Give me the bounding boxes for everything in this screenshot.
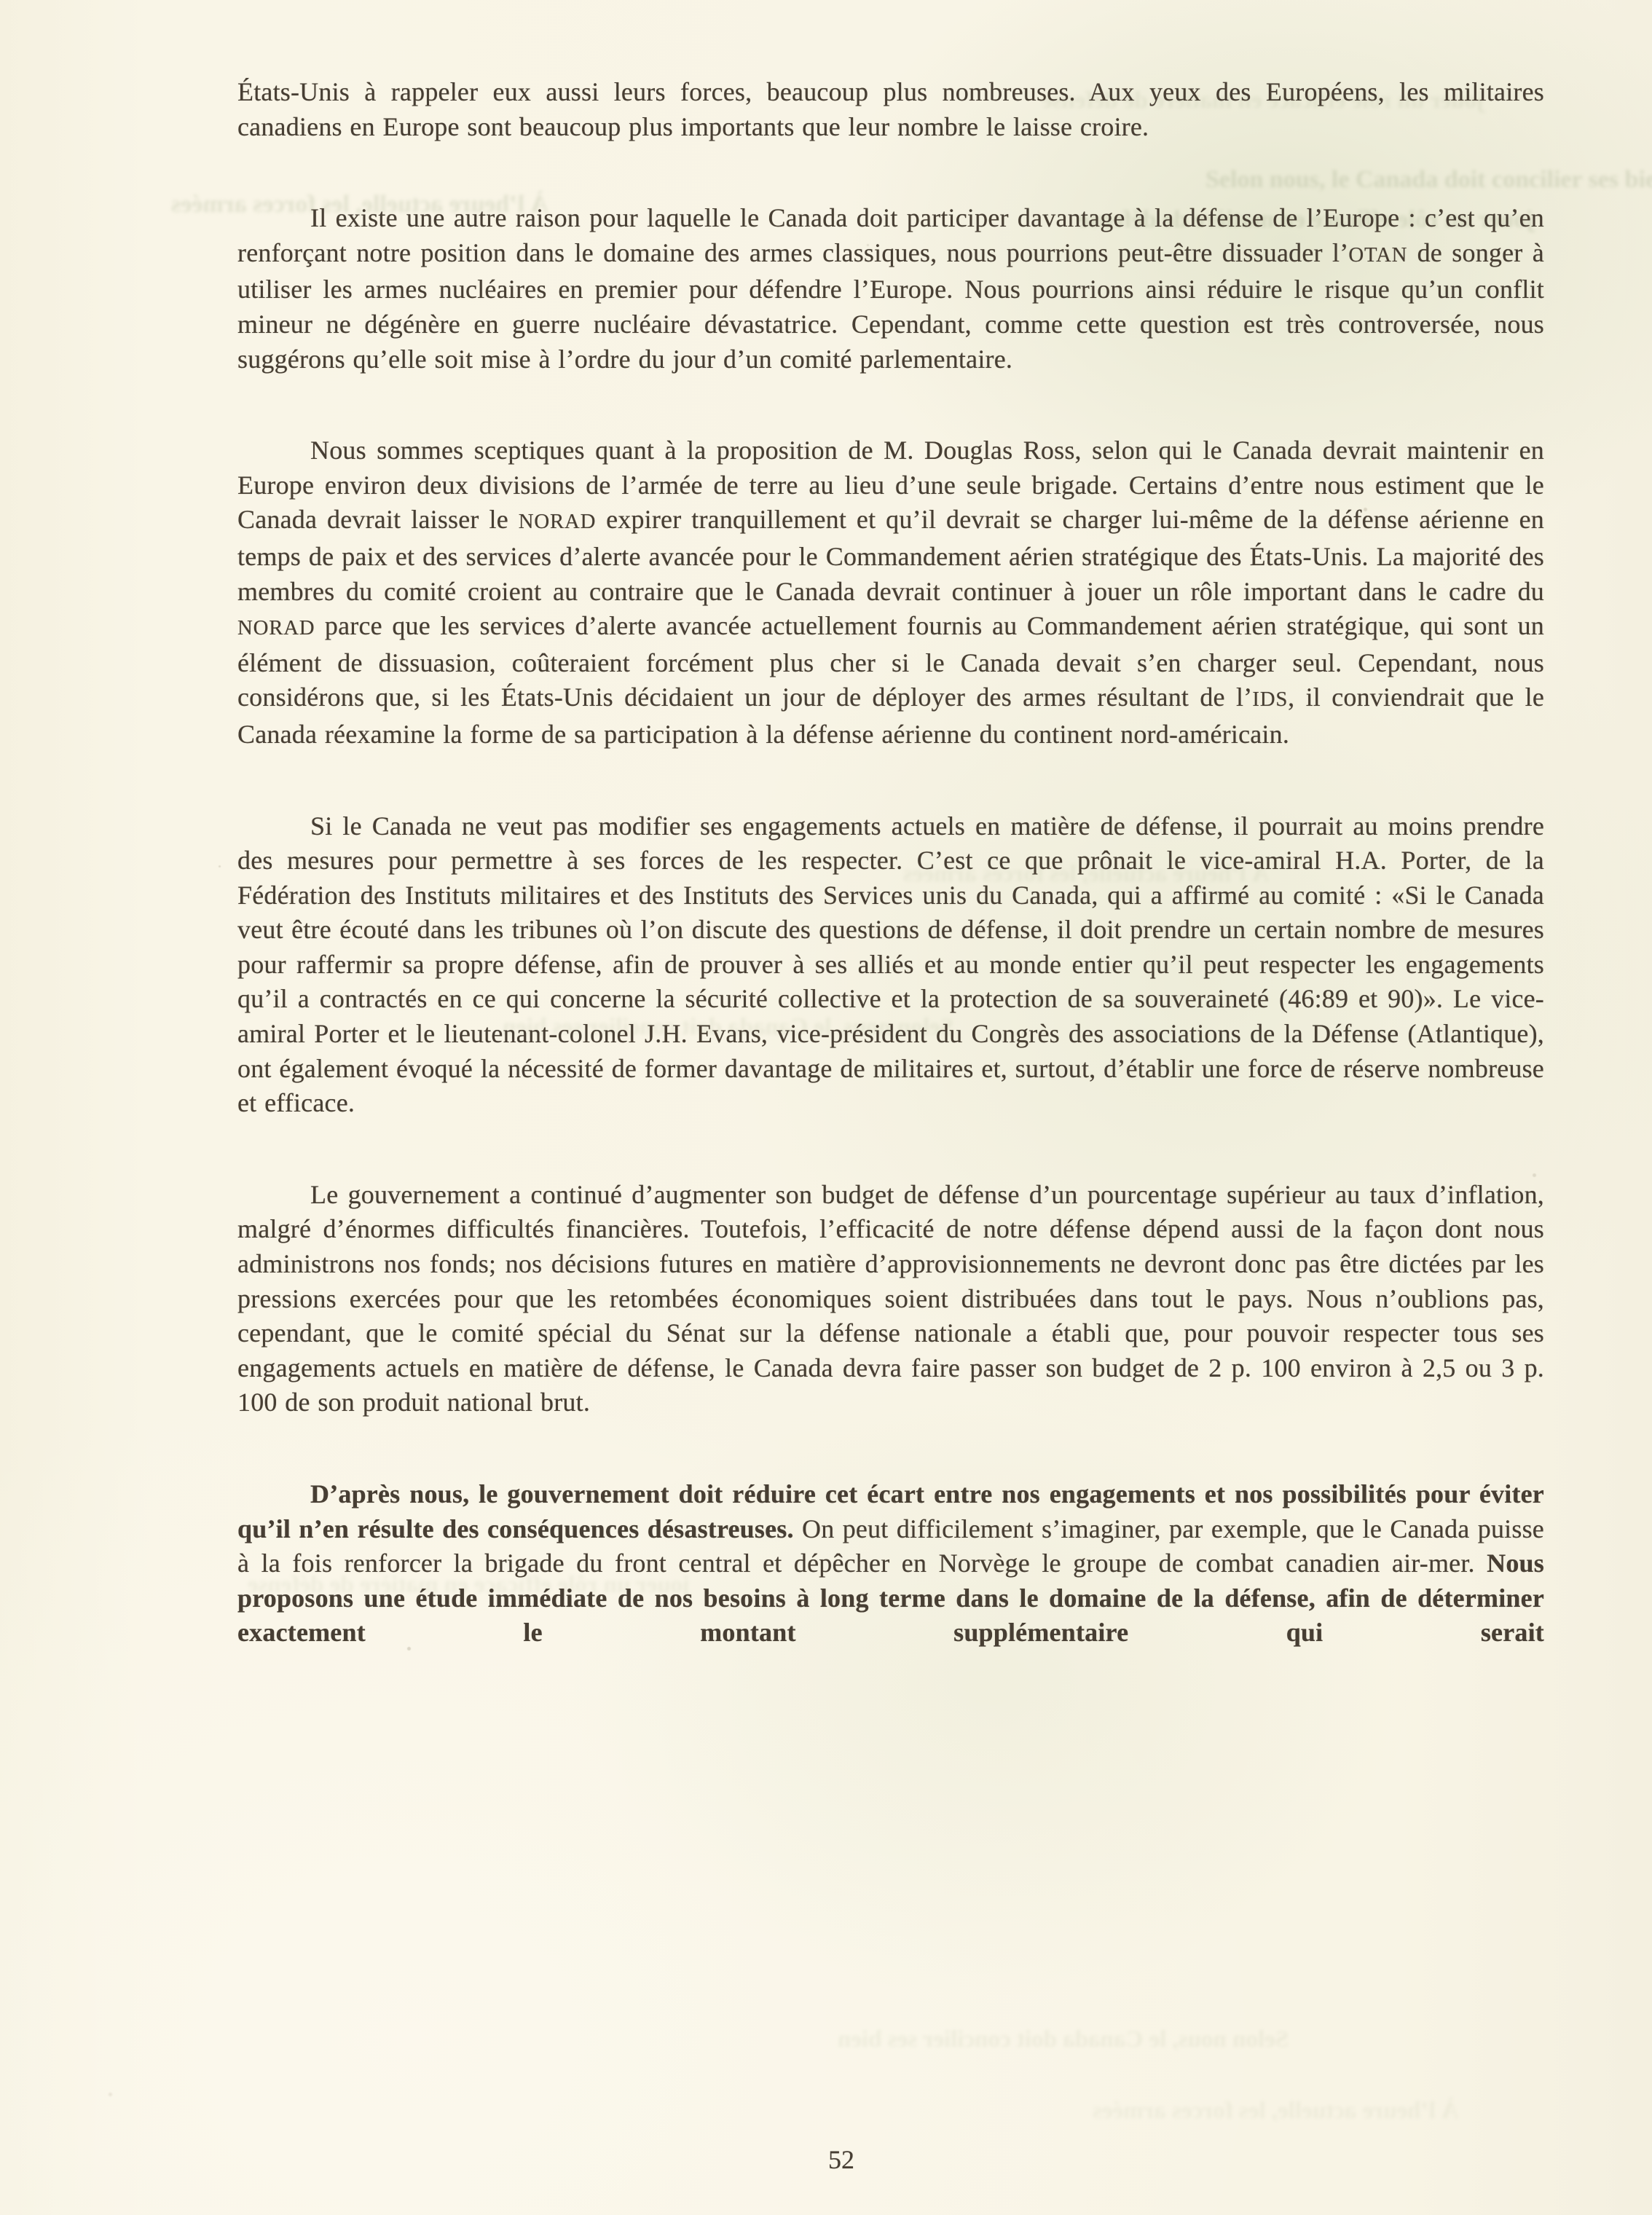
paragraph: Le gouvernement a continué d’augmenter s… bbox=[237, 1178, 1544, 1420]
text-run: OTAN bbox=[1348, 243, 1407, 267]
scanned-document-page: Selon nous, le Canada doit concilier ses… bbox=[0, 0, 1652, 2215]
text-run: NORAD bbox=[237, 616, 315, 640]
paragraph: Il existe une autre raison pour laquelle… bbox=[237, 201, 1544, 377]
text-run: Le gouvernement a continué d’augmenter s… bbox=[237, 1180, 1544, 1417]
bleedthrough-text: Selon nous, le Canada doit concilier ses… bbox=[838, 2026, 1289, 2053]
paper-specks bbox=[0, 0, 2, 2]
paragraph: Nous sommes sceptiques quant à la propos… bbox=[237, 433, 1544, 752]
text-run: IDS bbox=[1252, 688, 1288, 711]
page-body-text: États-Unis à rappeler eux aussi leurs fo… bbox=[237, 75, 1544, 1651]
paragraph: D’après nous, le gouvernement doit rédui… bbox=[237, 1477, 1544, 1651]
text-run: États-Unis à rappeler eux aussi leurs fo… bbox=[237, 77, 1544, 141]
page-number: 52 bbox=[182, 2143, 1500, 2178]
paragraph: États-Unis à rappeler eux aussi leurs fo… bbox=[237, 75, 1544, 144]
paragraph: Si le Canada ne veut pas modifier ses en… bbox=[237, 809, 1544, 1121]
bleedthrough-text: À l’heure actuelle, les forces armées bbox=[1093, 2098, 1459, 2125]
text-run: NORAD bbox=[519, 510, 596, 533]
text-run: Si le Canada ne veut pas modifier ses en… bbox=[237, 811, 1544, 1118]
